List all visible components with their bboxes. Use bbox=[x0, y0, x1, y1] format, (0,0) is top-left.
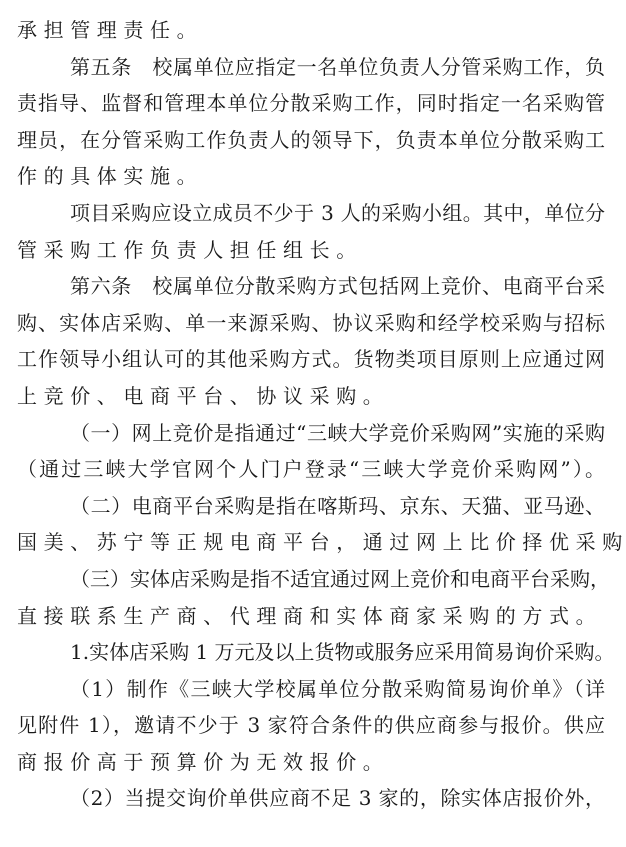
text-line: 上竞价、电商平台、协议采购。 bbox=[17, 378, 605, 415]
item-1-line: （一）网上竞价是指通过“三峡大学竞价采购网”实施的采购 bbox=[17, 415, 605, 452]
sub-item-1-line: 1.实体店采购 1 万元及以上货物或服务应采用简易询价采购。 bbox=[17, 634, 605, 671]
sub-sub-item-2-line: （2）当提交询价单供应商不足 3 家的，除实体店报价外， bbox=[17, 780, 605, 817]
document-page: 承担管理责任。 第五条 校属单位应指定一名单位负责人分管采购工作，负 责指导、监… bbox=[17, 12, 605, 817]
sub-sub-item-1-line: （1）制作《三峡大学校属单位分散采购简易询价单》（详 bbox=[17, 671, 605, 708]
text-line: 见附件 1），邀请不少于 3 家符合条件的供应商参与报价。供应 bbox=[17, 707, 605, 744]
text-line: 责指导、监督和管理本单位分散采购工作，同时指定一名采购管 bbox=[17, 85, 605, 122]
text-line: 购、实体店采购、单一来源采购、协议采购和经学校采购与招标 bbox=[17, 305, 605, 342]
text-line: （通过三峡大学官网个人门户登录“三峡大学竞价采购网”）。 bbox=[17, 451, 605, 488]
text-line: 直接联系生产商、代理商和实体商家采购的方式。 bbox=[17, 598, 605, 635]
text-line: 管采购工作负责人担任组长。 bbox=[17, 232, 605, 269]
item-2-line: （二）电商平台采购是指在喀斯玛、京东、天猫、亚马逊、 bbox=[17, 488, 605, 525]
text-line: 商报价高于预算价为无效报价。 bbox=[17, 744, 605, 781]
text-line: 承担管理责任。 bbox=[17, 12, 605, 49]
text-line: 作的具体实施。 bbox=[17, 158, 605, 195]
text-line: 国美、苏宁等正规电商平台，通过网上比价择优采购。 bbox=[17, 524, 605, 561]
item-3-line: （三）实体店采购是指不适宜通过网上竞价和电商平台采购， bbox=[17, 561, 605, 598]
article-5-heading-line: 第五条 校属单位应指定一名单位负责人分管采购工作，负 bbox=[17, 49, 605, 86]
paragraph-start-line: 项目采购应设立成员不少于 3 人的采购小组。其中，单位分 bbox=[17, 195, 605, 232]
article-6-heading-line: 第六条 校属单位分散采购方式包括网上竞价、电商平台采 bbox=[17, 268, 605, 305]
text-line: 理员，在分管采购工作负责人的领导下，负责本单位分散采购工 bbox=[17, 122, 605, 159]
text-line: 工作领导小组认可的其他采购方式。货物类项目原则上应通过网 bbox=[17, 341, 605, 378]
